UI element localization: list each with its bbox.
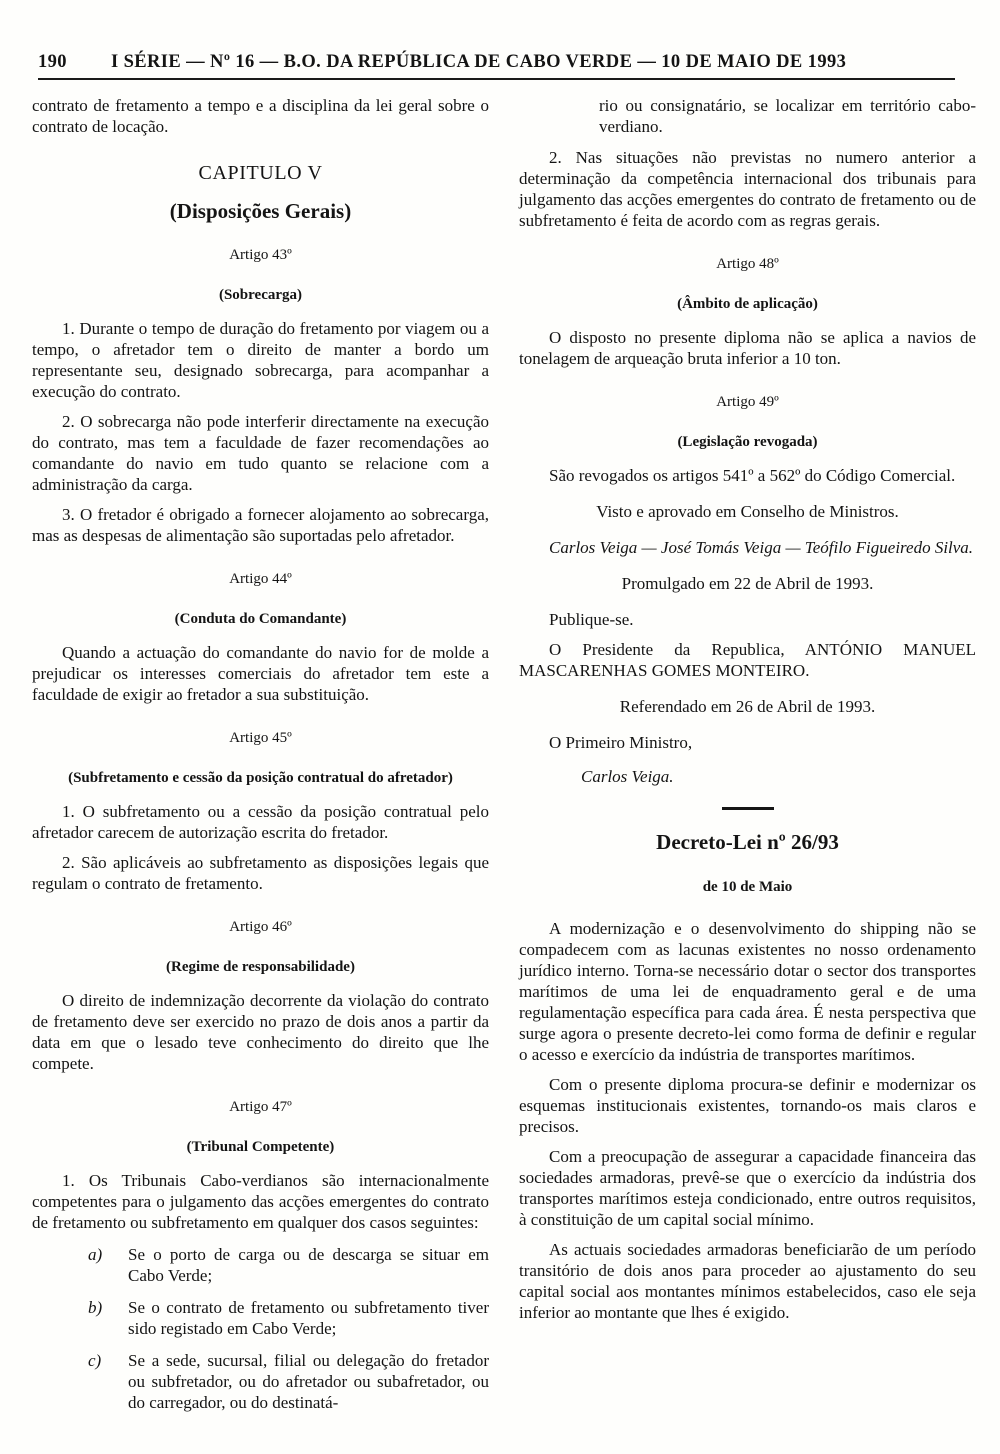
article-title: (Regime de responsabilidade)	[32, 957, 489, 978]
paragraph: Com o presente diploma procura-se defini…	[519, 1074, 976, 1137]
list-item: b) Se o contrato de fretamento ou subfre…	[88, 1297, 489, 1339]
list-marker: a)	[88, 1244, 128, 1286]
header-title: I SÉRIE — Nº 16 — B.O. DA REPÚBLICA DE C…	[111, 52, 846, 73]
signature-line: Carlos Veiga.	[581, 766, 976, 787]
decree-title: Decreto-Lei nº 26/93	[519, 832, 976, 853]
decree-date: de 10 de Maio	[519, 877, 976, 898]
article-number: Artigo 49º	[519, 392, 976, 413]
signatories-line: Carlos Veiga — José Tomás Veiga — Teófil…	[519, 537, 976, 558]
article-number: Artigo 46º	[32, 917, 489, 938]
paragraph: A modernização e o desenvolvimento do sh…	[519, 918, 976, 1065]
article-number: Artigo 45º	[32, 728, 489, 749]
paragraph: 1. Os Tribunais Cabo-verdianos são inter…	[32, 1170, 489, 1233]
president-line: O Presidente da Republica, ANTÓNIO MANUE…	[519, 639, 976, 681]
chapter-heading: CAPITULO V	[32, 163, 489, 184]
promulgation-line: Promulgado em 22 de Abril de 1993.	[519, 573, 976, 594]
paragraph: contrato de fretamento a tempo e a disci…	[32, 95, 489, 137]
article-number: Artigo 43º	[32, 245, 489, 266]
paragraph: O direito de indemnização decorrente da …	[32, 990, 489, 1074]
paragraph: Publique-se.	[519, 609, 976, 630]
paragraph: 1. Durante o tempo de duração do fretame…	[32, 318, 489, 402]
prime-minister-line: O Primeiro Ministro,	[519, 732, 976, 753]
approval-line: Visto e aprovado em Conselho de Ministro…	[519, 501, 976, 522]
article-title: (Conduta do Comandante)	[32, 609, 489, 630]
list-marker: c)	[88, 1350, 128, 1413]
page-number: 190	[38, 52, 67, 73]
paragraph: 3. O fretador é obrigado a fornecer aloj…	[32, 504, 489, 546]
article-number: Artigo 47º	[32, 1097, 489, 1118]
paragraph: Com a preocupação de assegurar a capacid…	[519, 1146, 976, 1230]
referendum-line: Referendado em 26 de Abril de 1993.	[519, 696, 976, 717]
list-item-text: Se a sede, sucursal, filial ou delegação…	[128, 1350, 489, 1413]
article-number: Artigo 48º	[519, 254, 976, 275]
paragraph: 2. O sobrecarga não pode interferir dire…	[32, 411, 489, 495]
paragraph: 1. O subfretamento ou a cessão da posiçã…	[32, 801, 489, 843]
section-separator-rule	[722, 807, 774, 810]
left-column: contrato de fretamento a tempo e a disci…	[32, 86, 489, 1424]
article-title: (Sobrecarga)	[32, 285, 489, 306]
chapter-subtitle: (Disposições Gerais)	[32, 201, 489, 222]
list-item: c) Se a sede, sucursal, filial ou delega…	[88, 1350, 489, 1413]
paragraph: 2. Nas situações não previstas no numero…	[519, 147, 976, 231]
gazette-page: 190 I SÉRIE — Nº 16 — B.O. DA REPÚBLICA …	[0, 0, 1000, 1454]
article-title: (Legislação revogada)	[519, 432, 976, 453]
paragraph-continuation: rio ou consignatário, se localizar em te…	[599, 95, 976, 137]
list-item-text: Se o porto de carga ou de descarga se si…	[128, 1244, 489, 1286]
page-header: 190 I SÉRIE — Nº 16 — B.O. DA REPÚBLICA …	[0, 0, 1000, 78]
paragraph: O disposto no presente diploma não se ap…	[519, 327, 976, 369]
paragraph: 2. São aplicáveis ao subfretamento as di…	[32, 852, 489, 894]
article-title: (Âmbito de aplicação)	[519, 294, 976, 315]
article-number: Artigo 44º	[32, 569, 489, 590]
list-marker: b)	[88, 1297, 128, 1339]
article-title: (Tribunal Competente)	[32, 1137, 489, 1158]
article-title: (Subfretamento e cessão da posição contr…	[32, 768, 489, 789]
paragraph: São revogados os artigos 541º a 562º do …	[519, 465, 976, 486]
paragraph: Quando a actuação do comandante do navio…	[32, 642, 489, 705]
list-item-text: Se o contrato de fretamento ou subfretam…	[128, 1297, 489, 1339]
list-item: a) Se o porto de carga ou de descarga se…	[88, 1244, 489, 1286]
right-column: rio ou consignatário, se localizar em te…	[519, 86, 976, 1424]
paragraph: As actuais sociedades armadoras benefici…	[519, 1239, 976, 1323]
page-columns: contrato de fretamento a tempo e a disci…	[0, 80, 1000, 1454]
